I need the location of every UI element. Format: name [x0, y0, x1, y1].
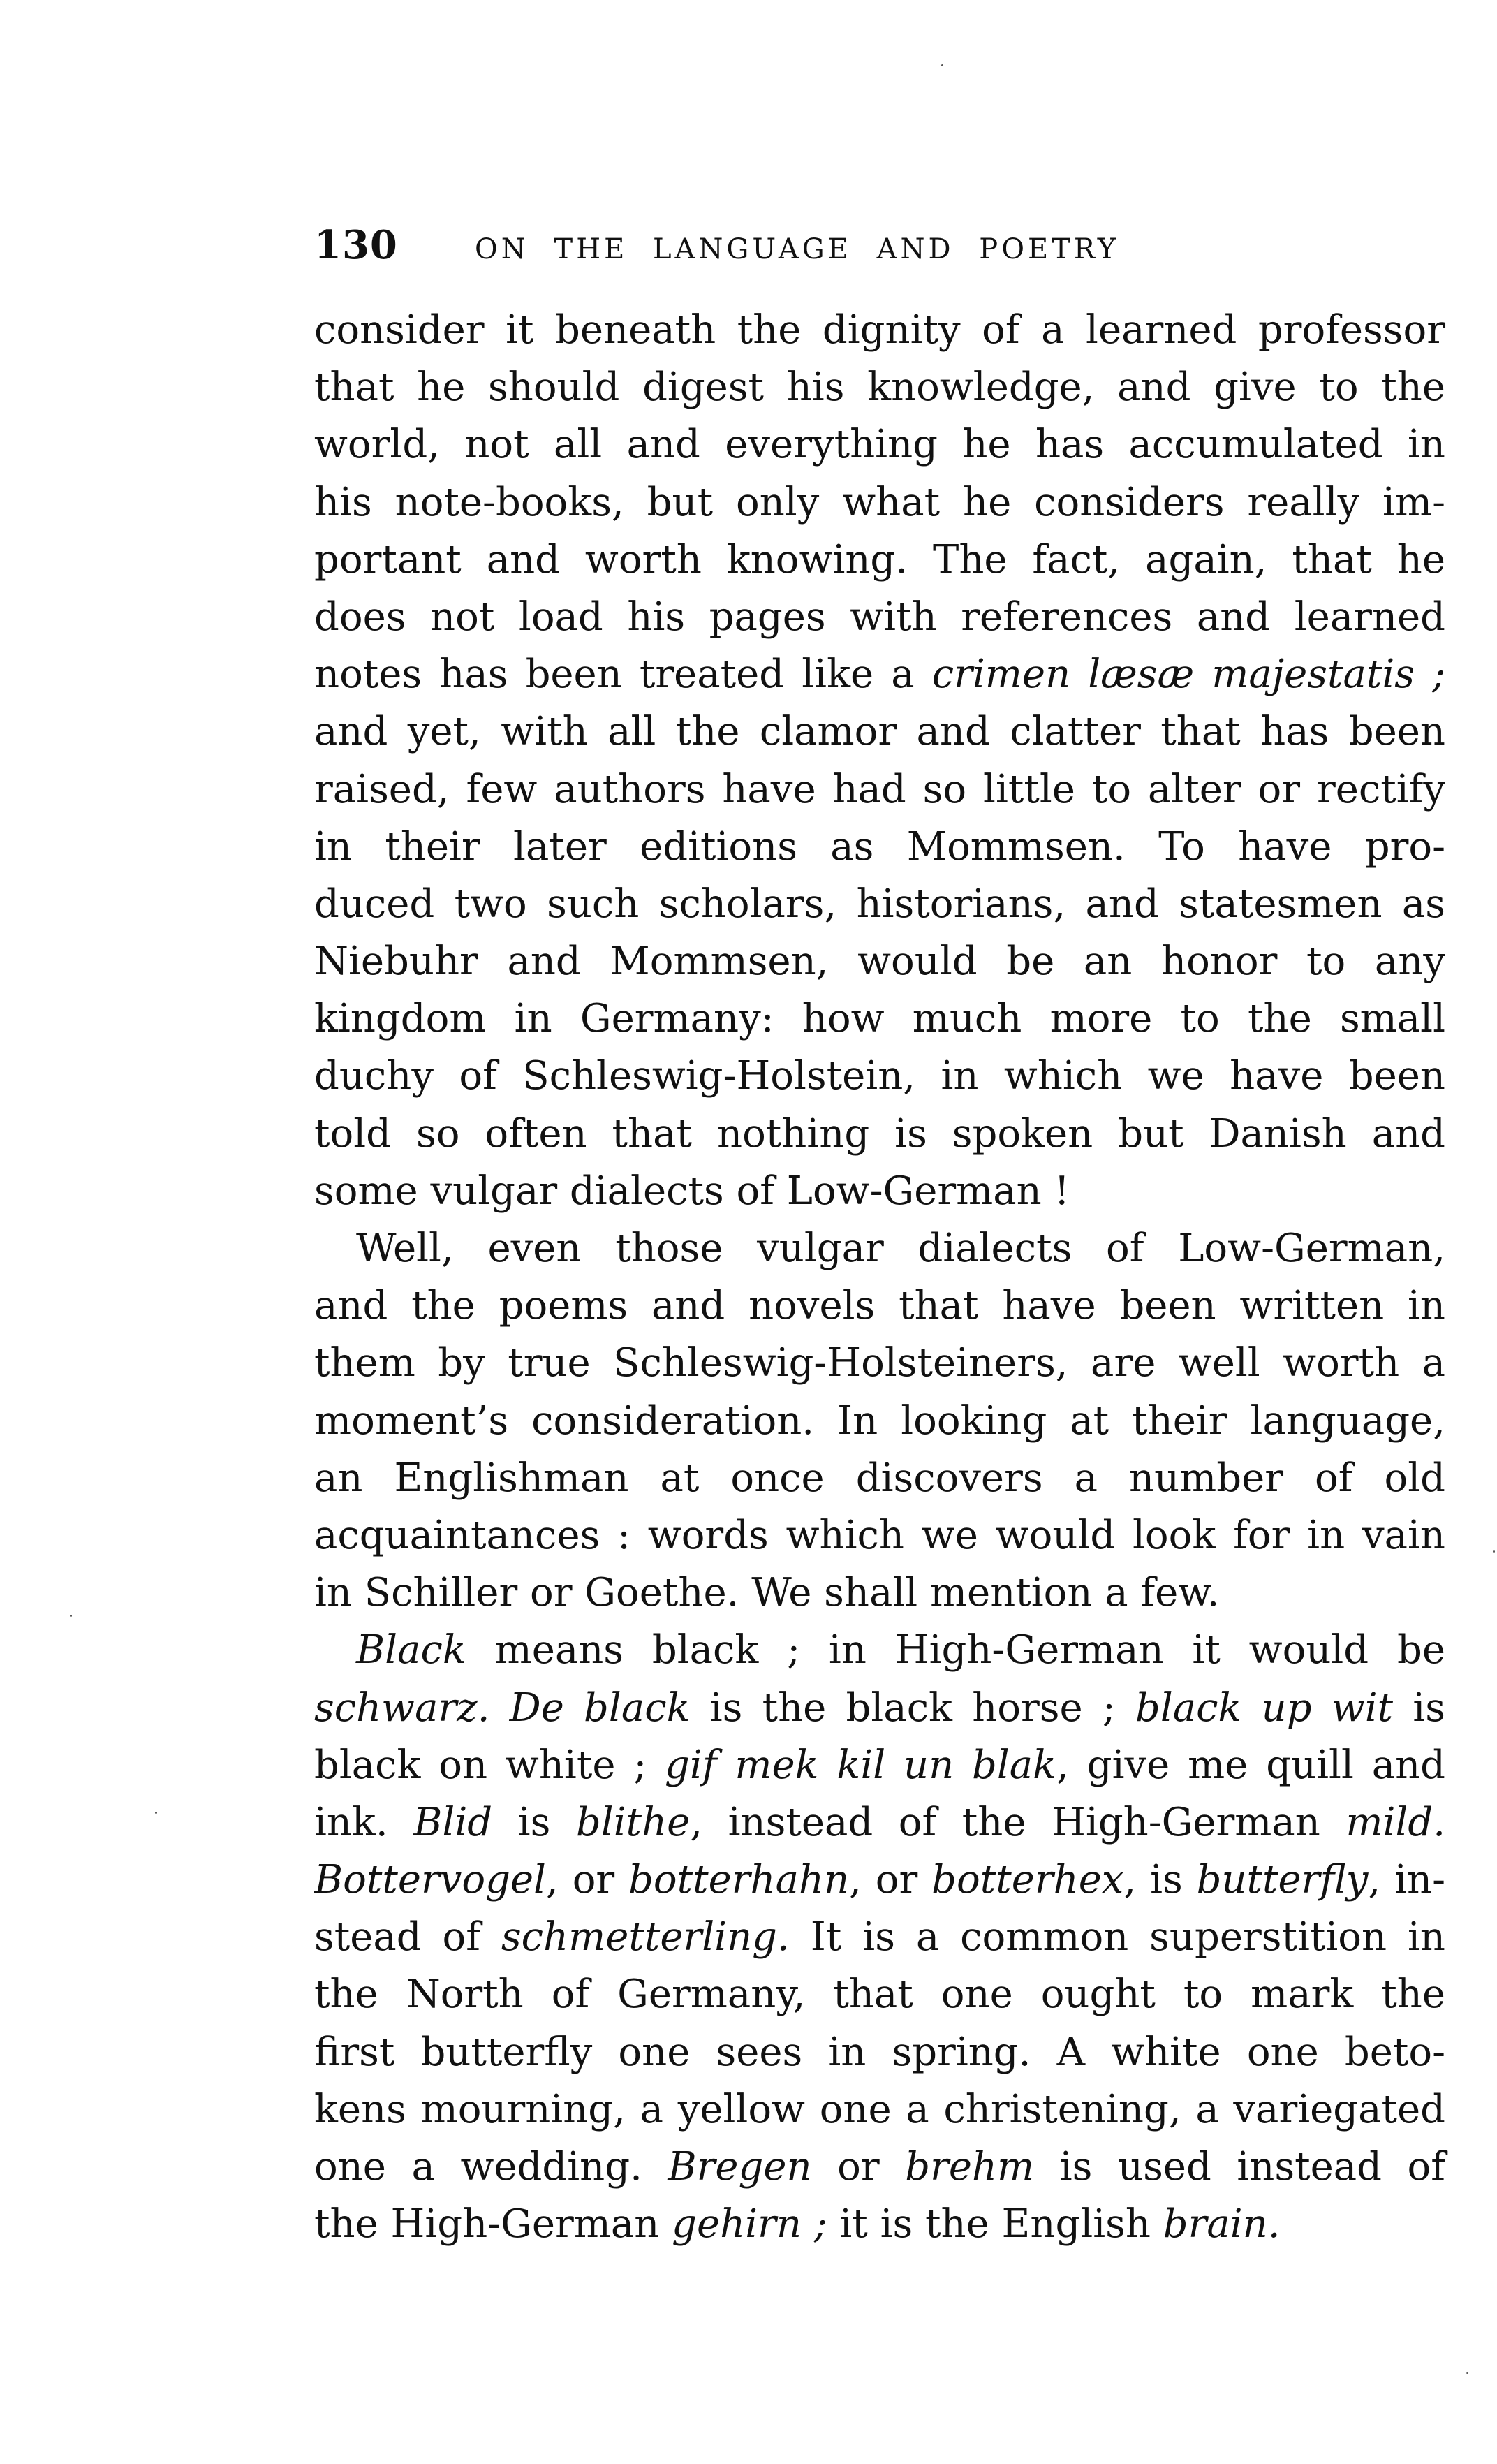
italic-term: gehirn ; [672, 2201, 827, 2247]
italic-term: blithe [576, 1800, 690, 1845]
italic-term: Black [356, 1627, 466, 1673]
text-run: Well, even those vulgar dialects of Low-… [356, 1226, 1445, 1271]
text-line: ink. Blid is blithe, instead of the High… [314, 1794, 1445, 1851]
italic-term: Blid [413, 1800, 492, 1845]
text-run: does not load his pages with references … [314, 594, 1445, 640]
text-line: his note-books, but only what he conside… [314, 474, 1445, 531]
text-line: told so often that nothing is spoken but… [314, 1106, 1445, 1163]
text-line: moment’s consideration. In looking at th… [314, 1393, 1445, 1450]
text-line: stead of schmetterling. It is a common s… [314, 1909, 1445, 1966]
text-run: duced two such scholars, historians, and… [314, 881, 1445, 927]
text-run: first butterfly one sees in spring. A wh… [314, 2030, 1445, 2075]
italic-term: black up wit [1135, 1685, 1393, 1731]
text-line: Bottervogel, or botterhahn, or botterhex… [314, 1851, 1445, 1909]
text-run: that he should digest his knowledge, and… [314, 365, 1445, 410]
text-run: ink. [314, 1800, 413, 1845]
text-run: moment’s consideration. In looking at th… [314, 1398, 1445, 1444]
text-run: some vulgar dialects of Low-German ! [314, 1168, 1070, 1214]
text-run: notes has been treated like a [314, 652, 932, 697]
text-line: and the poems and novels that have been … [314, 1277, 1445, 1335]
text-line: duchy of Schleswig-Holstein, in which we… [314, 1048, 1445, 1105]
running-head: 130 ON THE LANGUAGE AND POETRY [314, 222, 1445, 278]
text-line: schwarz. De black is the black horse ; b… [314, 1680, 1445, 1737]
text-line: kingdom in Germany: how much more to the… [314, 990, 1445, 1048]
text-line: portant and worth knowing. The fact, aga… [314, 531, 1445, 589]
text-line: acquaintances : words which we would loo… [314, 1507, 1445, 1564]
text-line: an Englishman at once discovers a number… [314, 1450, 1445, 1507]
text-run: black on white ; [314, 1743, 665, 1788]
text-run: raised, few authors have had so little t… [314, 767, 1445, 812]
text-line: that he should digest his knowledge, and… [314, 359, 1445, 416]
text-run: his note-books, but only what he conside… [314, 480, 1445, 525]
text-run: kens mourning, a yellow one a christenin… [314, 2087, 1445, 2132]
text-line: consider it beneath the dignity of a lea… [314, 302, 1445, 359]
italic-term: gif mek kil un blak [665, 1743, 1056, 1788]
scan-speck [1466, 2372, 1468, 2374]
scan-speck [941, 64, 943, 66]
text-run: one a wedding. [314, 2144, 668, 2190]
text-run: portant and worth knowing. The fact, aga… [314, 537, 1445, 582]
text-run: kingdom in Germany: how much more to the… [314, 996, 1445, 1041]
text-line: does not load his pages with references … [314, 589, 1445, 646]
text-line: in their later editions as Mommsen. To h… [314, 819, 1445, 876]
italic-term: crimen læsæ majestatis ; [932, 652, 1445, 697]
text-run: stead of [314, 1914, 501, 1960]
text-run: is [492, 1800, 576, 1845]
scan-speck [155, 1812, 157, 1814]
italic-term: botterhahn [628, 1857, 849, 1902]
paragraph: Well, even those vulgar dialects of Low-… [314, 1220, 1445, 1622]
italic-term: De black [510, 1685, 691, 1731]
text-run: an Englishman at once discovers a number… [314, 1455, 1445, 1501]
text-run: , or [849, 1857, 931, 1902]
italic-term: schwarz. [314, 1685, 490, 1731]
text-run: is [1393, 1685, 1445, 1731]
running-title: ON THE LANGUAGE AND POETRY [475, 233, 1119, 265]
text-run: Niebuhr and Mommsen, would be an honor t… [314, 939, 1445, 984]
book-page: 130 ON THE LANGUAGE AND POETRY consider … [314, 222, 1445, 2253]
text-line: the High-German gehirn ; it is the Engli… [314, 2196, 1445, 2253]
text-run: the North of Germany, that one ought to … [314, 1972, 1445, 2017]
text-run: world, not all and everything he has acc… [314, 422, 1445, 467]
text-run: is used instead of [1034, 2144, 1445, 2190]
text-line: kens mourning, a yellow one a christenin… [314, 2081, 1445, 2139]
text-run: told so often that nothing is spoken but… [314, 1111, 1445, 1157]
text-line: raised, few authors have had so little t… [314, 761, 1445, 819]
text-line: world, not all and everything he has acc… [314, 416, 1445, 474]
italic-term: schmetterling. [501, 1914, 790, 1960]
text-run: the High-German [314, 2201, 672, 2247]
text-run: or [812, 2144, 906, 2190]
text-run: and the poems and novels that have been … [314, 1283, 1445, 1328]
italic-term: butterfly [1197, 1857, 1369, 1902]
text-run: means black ; in High-German it would be [466, 1627, 1445, 1673]
text-line: black on white ; gif mek kil un blak, gi… [314, 1737, 1445, 1794]
scan-speck [70, 1615, 72, 1617]
italic-term: Bregen [668, 2144, 811, 2190]
text-run: , give me quill and [1056, 1743, 1445, 1788]
text-line: some vulgar dialects of Low-German ! [314, 1163, 1445, 1220]
text-run: them by true Schleswig-Holsteiners, are … [314, 1340, 1445, 1386]
text-line: in Schiller or Goethe. We shall mention … [314, 1564, 1445, 1622]
page-number: 130 [314, 222, 475, 268]
text-line: Black means black ; in High-German it wo… [314, 1622, 1445, 1679]
text-line: one a wedding. Bregen or brehm is used i… [314, 2139, 1445, 2196]
text-run: It is a common superstition in [790, 1914, 1445, 1960]
text-line: Niebuhr and Mommsen, would be an honor t… [314, 933, 1445, 990]
italic-term: brain. [1163, 2201, 1281, 2247]
text-run: in Schiller or Goethe. We shall mention … [314, 1570, 1219, 1615]
text-run: duchy of Schleswig-Holstein, in which we… [314, 1053, 1445, 1099]
text-run: , in- [1368, 1857, 1445, 1902]
text-run: in their later editions as Mommsen. To h… [314, 824, 1445, 870]
text-run: , is [1123, 1857, 1196, 1902]
paragraph: Black means black ; in High-German it wo… [314, 1622, 1445, 2253]
text-run: is the black horse ; [691, 1685, 1135, 1731]
text-line: Well, even those vulgar dialects of Low-… [314, 1220, 1445, 1277]
text-line: duced two such scholars, historians, and… [314, 876, 1445, 933]
text-line: them by true Schleswig-Holsteiners, are … [314, 1335, 1445, 1392]
italic-term: Bottervogel [314, 1857, 546, 1902]
italic-term: mild. [1345, 1800, 1445, 1845]
text-run: , or [546, 1857, 628, 1902]
text-run: and yet, with all the clamor and clatter… [314, 709, 1445, 754]
text-run: it is the English [827, 2201, 1163, 2247]
paragraph: consider it beneath the dignity of a lea… [314, 302, 1445, 1220]
text-run: acquaintances : words which we would loo… [314, 1513, 1445, 1558]
italic-term: botterhex [931, 1857, 1123, 1902]
text-line: notes has been treated like a crimen læs… [314, 646, 1445, 703]
text-line: the North of Germany, that one ought to … [314, 1966, 1445, 2023]
body-text: consider it beneath the dignity of a lea… [314, 302, 1445, 2253]
text-line: first butterfly one sees in spring. A wh… [314, 2024, 1445, 2081]
text-run: , instead of the High-German [690, 1800, 1345, 1845]
scan-speck [1493, 1550, 1495, 1553]
text-line: and yet, with all the clamor and clatter… [314, 703, 1445, 761]
italic-term: brehm [905, 2144, 1034, 2190]
text-run [490, 1685, 510, 1731]
text-run: consider it beneath the dignity of a lea… [314, 307, 1445, 353]
